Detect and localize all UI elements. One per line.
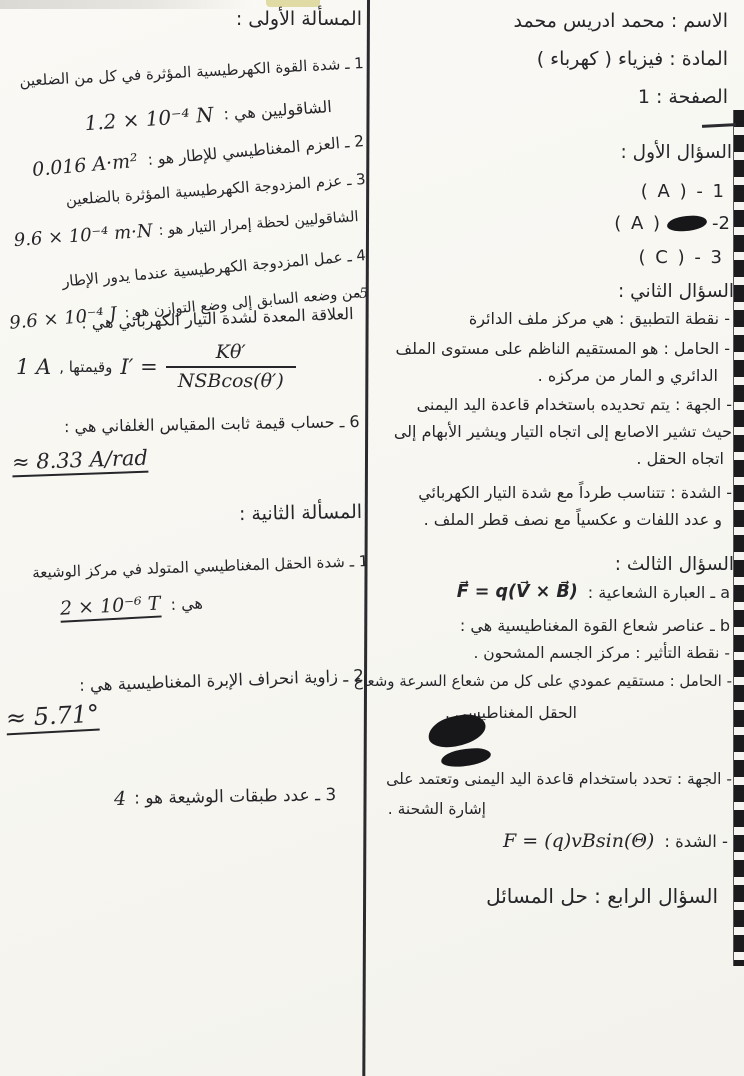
p1-item5-lhs: I′ = [120, 355, 157, 379]
column-divider-line [362, 0, 370, 1076]
q2-intensity-lines: - الشدة : تتناسب طرداً مع شدة التيار الك… [418, 479, 732, 533]
q3-elements-heading: b ـ عناصر شعاع القوة المغناطيسية هي : [460, 616, 730, 635]
fraction-denominator: NSBcos(θ′) [166, 366, 296, 393]
q3-intensity-formula: F = (q)vBsin(Θ) [503, 830, 654, 852]
notebook-torn-edge [733, 110, 744, 966]
answer2-number: -2 [712, 213, 730, 234]
scribble-mark [667, 215, 708, 233]
p2-item3: 4 3 ـ عدد طبقات الوشيعة هو : [114, 784, 337, 810]
question1-answer-2: ( A ) -2 [614, 213, 730, 234]
q2-intensity-line-2: و عدد اللفات و عكسياً مع نصف قطر الملف . [418, 506, 732, 533]
answer2-choice: ( A ) [614, 213, 662, 234]
question1-answer-3: ( C ) - 3 [639, 247, 724, 268]
p1-item2-value: 0.016 A·m² [31, 150, 138, 181]
p2-item3-value: 4 [114, 788, 126, 810]
problem1-title: المسألة الأولى : [236, 8, 362, 30]
p1-item4-line1: 4 ـ عمل المزدوجة الكهرطيسية عندما يدور ا… [62, 246, 367, 290]
p2-item1-label: هي : [170, 593, 203, 614]
q3-carrier-line-1: - الحامل : مستقيم عمودي على كل من شعاع ا… [354, 672, 732, 690]
q2-carrier-line-1: - الحامل : هو المستقيم الناظم على مستوى … [396, 335, 730, 362]
p1-item6-value: ≈ 8.33 A/rad [12, 446, 149, 478]
exam-answer-sheet: الاسم : محمد ادريس محمد المادة : فيزياء … [0, 0, 744, 1076]
student-name: الاسم : محمد ادريس محمد [514, 10, 728, 32]
scribble-mark [440, 746, 492, 768]
photo-edge-shadow [0, 0, 252, 9]
question3-title: السؤال الثالث : [615, 554, 734, 575]
p1-item3-answer: 9.6 × 10⁻⁴ m·N الشاقوليين لحظة إمرار الت… [13, 206, 359, 251]
question1-answer-1: ( A ) - 1 [641, 181, 726, 202]
p1-item6-label: 6 ـ حساب قيمة ثابت المقياس الغلفاني هي : [64, 412, 360, 436]
p1-item5-fraction: Kθ′ NSBcos(θ′) [166, 342, 296, 393]
p2-item1-answer: 2 × 10⁻⁶ T هي : [59, 590, 203, 622]
p1-item3-label: الشاقوليين لحظة إمرار التيار هو : [158, 209, 359, 239]
p1-item1-answer: 1.2 × 10⁻⁴ N الشاقوليين هي : [84, 94, 333, 135]
p1-item3-line1: 3 ـ عزم المزدوجة الكهرطيسية المؤثرة بالض… [66, 170, 367, 209]
q3-vector-label: a ـ العبارة الشعاعية : [588, 583, 730, 602]
q3-vector-formula: F⃗ = q(V⃗ × B⃗) [457, 582, 578, 602]
p1-item2-label: 2 ـ العزم المغناطيسي للإطار هو : [147, 132, 365, 169]
q2-carrier-lines: - الحامل : هو المستقيم الناظم على مستوى … [396, 335, 730, 389]
page-underline-mark [702, 123, 736, 128]
q3-direction-line-2: إشارة الشحنة . [388, 800, 486, 818]
q3-vector-expression-row: F⃗ = q(V⃗ × B⃗) a ـ العبارة الشعاعية : [457, 582, 730, 602]
p1-item3-value: 9.6 × 10⁻⁴ m·N [13, 220, 153, 251]
q2-intensity-line-1: - الشدة : تتناسب طرداً مع شدة التيار الك… [418, 479, 732, 506]
question4-title: السؤال الرابع : حل المسائل [486, 884, 718, 908]
highlight-smudge [266, 0, 320, 7]
q2-direction-lines: - الجهة : يتم تحديده باستخدام قاعدة اليد… [394, 391, 732, 472]
p2-item1-line1: 1 ـ شدة الحقل المغناطيسي المتولد في مركز… [32, 552, 369, 582]
q2-direction-line-1: - الجهة : يتم تحديده باستخدام قاعدة اليد… [394, 391, 732, 418]
q3-direction-line-1: - الجهة : تحدد باستخدام قاعدة اليد اليمن… [386, 770, 732, 788]
subject-field: المادة : فيزياء ( كهرباء ) [537, 48, 728, 70]
p2-item2-label: 2 ـ زاوية انحراف الإبرة المغناطيسية هي : [79, 666, 364, 695]
q3-intensity-row: F = (q)vBsin(Θ) - الشدة : [503, 830, 728, 852]
p1-item5-marker: -5 [354, 286, 368, 302]
problem2-title: المسألة الثانية : [239, 501, 362, 525]
page-number: الصفحة : 1 [638, 86, 728, 108]
question1-title: السؤال الأول : [621, 142, 732, 163]
p1-item5-value: 1 A [16, 355, 51, 379]
p1-item1-value: 1.2 × 10⁻⁴ N [84, 102, 215, 135]
scribble-mark [426, 711, 488, 751]
question2-title: السؤال الثاني : [618, 281, 734, 302]
q2-direction-line-2: حيث تشير الاصابع إلى اتجاه التيار ويشير … [394, 418, 732, 445]
p2-item2-value: ≈ 5.71° [5, 700, 100, 736]
p2-item3-label: 3 ـ عدد طبقات الوشيعة هو : [134, 785, 336, 809]
q2-carrier-line-2: الدائري و المار من مركزه . [396, 362, 730, 389]
fraction-numerator: Kθ′ [200, 342, 262, 366]
p2-item1-value: 2 × 10⁻⁶ T [59, 592, 161, 622]
p1-item5-formula: 1 A وقيمتها , I′ = Kθ′ NSBcos(θ′) [16, 342, 296, 393]
q2-direction-line-3: اتجاه الحقل . [394, 445, 732, 472]
p1-item1-line1: 1 ـ شدة القوة الكهرطيسية المؤثرة في كل م… [19, 54, 364, 90]
q3-effect-point-line: - نقطة التأثير : مركز الجسم المشحون . [473, 644, 730, 662]
p1-item1-label: الشاقوليين هي : [223, 97, 332, 124]
q2-application-point-line: - نقطة التطبيق : هي مركز ملف الدائرة [469, 309, 730, 328]
q3-intensity-label: - الشدة : [664, 832, 728, 851]
p1-item5-word: وقيمتها , [59, 358, 112, 376]
